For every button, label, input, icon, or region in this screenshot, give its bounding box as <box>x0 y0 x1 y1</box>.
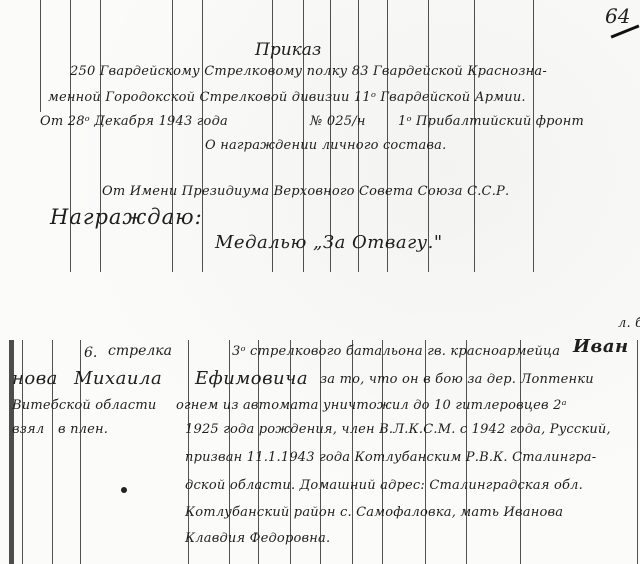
record-captured: в плен. <box>58 422 108 437</box>
ruled-line <box>100 0 101 272</box>
order-title: Приказ <box>255 40 321 60</box>
record-surname: Иван <box>573 336 629 357</box>
record-unit: 3ᵒ стрелкового батальона гв. красноармей… <box>232 344 560 359</box>
award-heading: Награждаю: <box>50 205 203 229</box>
order-line-1: 250 Гвардейскому Стрелковому полку 83 Гв… <box>70 64 547 79</box>
record-surname-fragment: нова <box>12 368 58 389</box>
record-rank: стрелка <box>108 343 172 359</box>
margin-mark: л. б <box>618 316 640 331</box>
ruled-line <box>40 0 41 112</box>
order-front: 1ᵒ Прибалтийский фронт <box>398 114 584 129</box>
order-subject: О награждении личного состава. <box>205 138 446 153</box>
presidium-line: От Имени Президиума Верховного Совета Со… <box>102 184 509 199</box>
medal-name: Медалью „За Отвагу." <box>215 232 443 253</box>
page-number: 64 <box>605 4 630 28</box>
record-patronymic: Ефимовича <box>195 368 308 389</box>
citation-line-6: Котлубанский район с. Самофаловка, мать … <box>185 505 563 520</box>
order-number: № 025/н <box>310 114 366 129</box>
citation-line-2: огнем из автомата уничтожил до 10 гитлер… <box>176 398 567 413</box>
ruled-line <box>637 340 638 564</box>
record-number: 6. <box>84 345 97 361</box>
citation-line-4: призван 11.1.1943 года Котлубанским Р.В.… <box>185 450 596 465</box>
ruled-line <box>70 0 71 272</box>
ruled-line <box>533 0 534 272</box>
citation-line-7: Клавдия Федоровна. <box>185 531 330 546</box>
record-captured-fragment: взял <box>12 422 44 437</box>
ink-blot <box>121 487 127 493</box>
record-first-name: Михаила <box>74 368 162 389</box>
citation-line-1: за то, что он в бою за дер. Лоптенки <box>320 372 594 387</box>
document-page: 64 Приказ 250 Гвардейскому Стрелковому п… <box>0 0 640 564</box>
ruled-line <box>202 0 203 272</box>
record-region-fragment: Витебской области <box>12 398 156 413</box>
order-date: От 28ᵒ Декабря 1943 года <box>40 114 228 129</box>
order-line-2: менной Городокской Стрелковой дивизии 11… <box>48 90 526 105</box>
citation-line-5: дской области. Домашний адрес: Сталингра… <box>185 478 583 493</box>
citation-line-3: 1925 года рождения, член В.Л.К.С.М. с 19… <box>185 422 611 437</box>
ruled-line <box>474 0 475 272</box>
ruled-line <box>172 0 173 272</box>
